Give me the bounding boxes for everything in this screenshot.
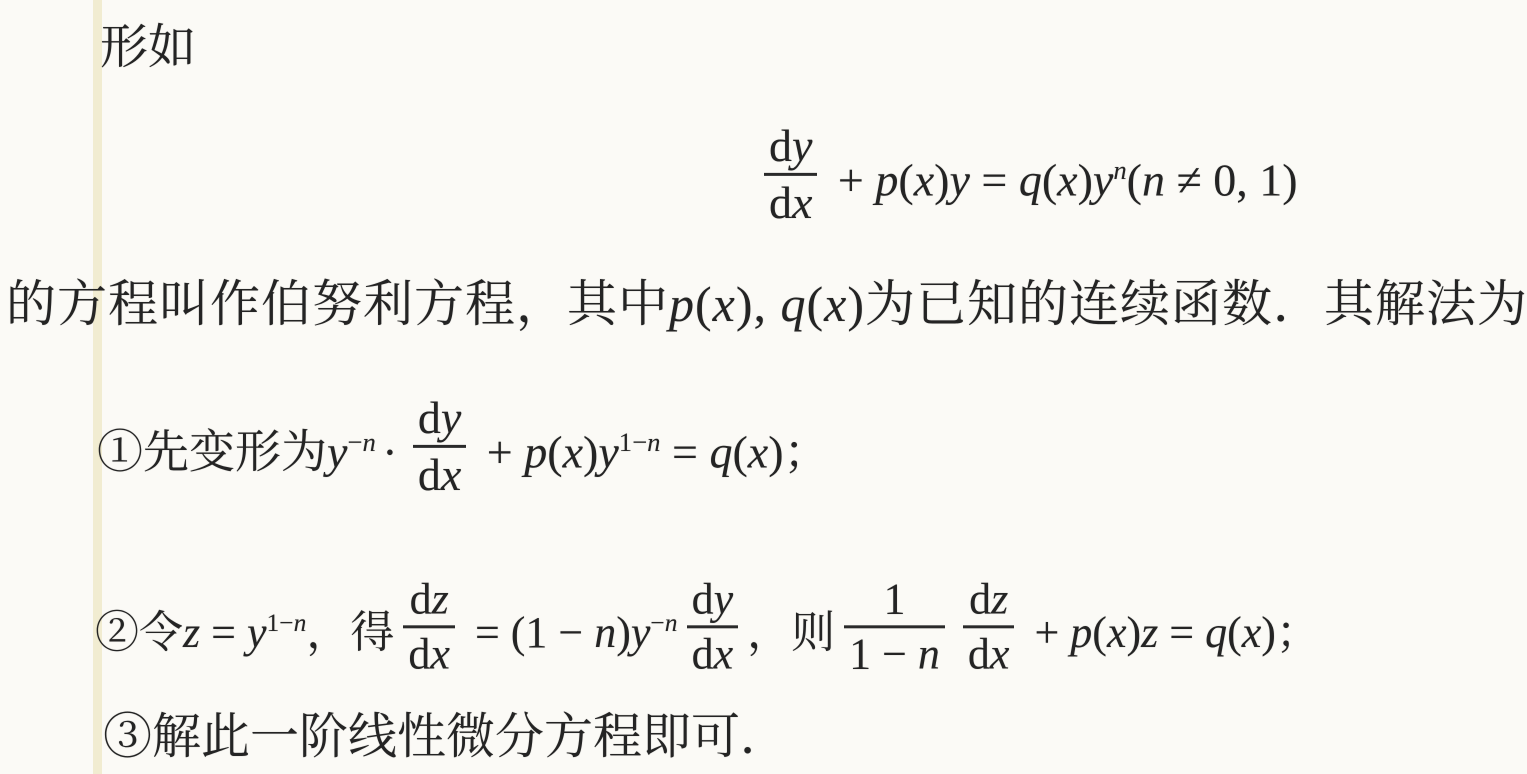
intro-text: 形如 <box>100 8 196 77</box>
step-1-formula: ①先变形为y−n•dydx + p(x)y1−n = q(x)； <box>97 404 830 510</box>
bernoulli-equation-formula: dydx + p(x)y = q(x)yn(n ≠ 0, 1) <box>755 132 1298 238</box>
paragraph-text: 的方程叫作伯努利方程，其中p(x), q(x)为已知的连续函数．其解法为 <box>6 264 1527 336</box>
step-2-formula: ②令z = y1−n，得dzdx = (1 − n)y−ndydx，则11 − … <box>95 586 1320 687</box>
step-3-text: ③解此一阶线性微分方程即可． <box>103 698 789 768</box>
document-page: 形如 dydx + p(x)y = q(x)yn(n ≠ 0, 1) 的方程叫作… <box>0 0 1527 774</box>
